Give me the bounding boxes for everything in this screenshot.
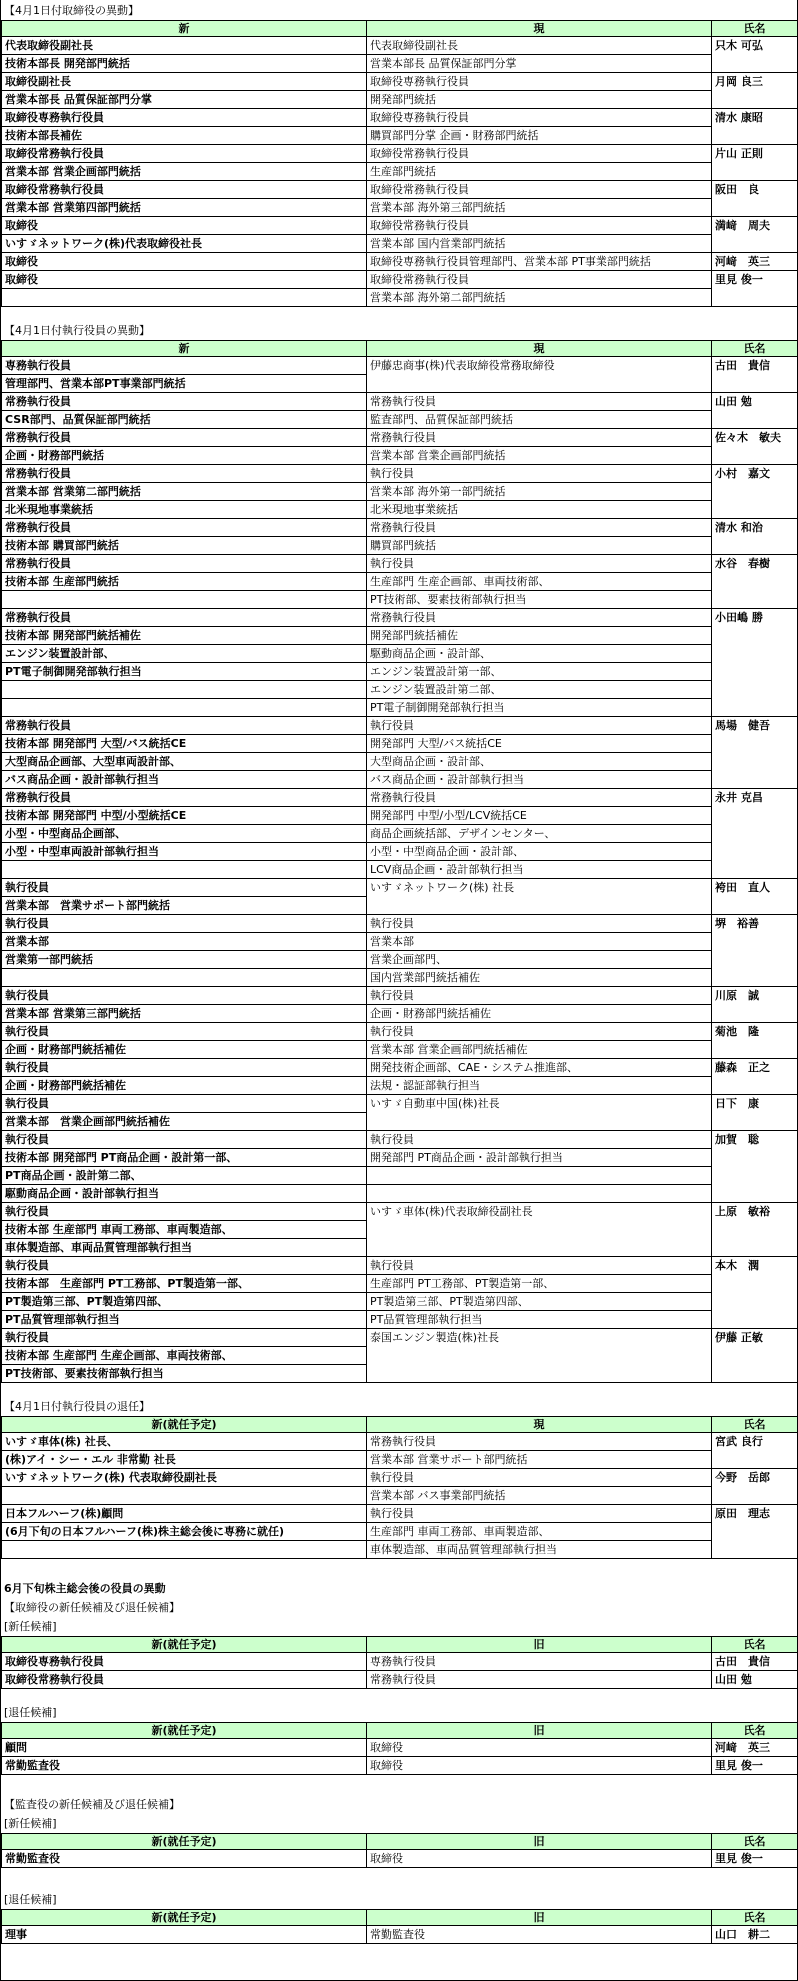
new-position-cell [2,289,367,307]
name-cell: 里見 俊一 [712,1850,798,1868]
new-position-cell: 常勤監査役 [2,1850,367,1868]
current-position-cell: 代表取締役副社長 [367,37,712,55]
new-position-cell: 執行役員 [2,1257,367,1275]
table-row: 国内営業部門統括補佐 [2,969,798,987]
table-row: 小型・中型車両設計部執行担当小型・中型商品企画・設計部、 [2,843,798,861]
table-row: 専務執行役員伊藤忠商事(株)代表取締役常務取締役古田 貴信 [2,357,798,375]
new-position-cell: (6月下旬の日本フルハーフ(株)株主総会後に専務に就任) [2,1523,367,1541]
current-position-cell: 開発部門統括補佐 [367,627,712,645]
table-row: 営業本部 海外第二部門統括 [2,289,798,307]
table-row: 取締役取締役常務執行役員里見 俊一 [2,271,798,289]
current-position-cell: 執行役員 [367,1469,712,1487]
current-position-cell: PT電子制御開発部執行担当 [367,699,712,717]
current-position-cell: 生産部門 車両工務部、車両製造部、 [367,1523,712,1541]
new-position-cell [2,861,367,879]
current-position-cell: 執行役員 [367,1131,712,1149]
table-row: 技術本部 生産部門 PT工務部、PT製造第一部、生産部門 PT工務部、PT製造第… [2,1275,798,1293]
table-row: 営業第一部門統括営業企画部門、 [2,951,798,969]
table-row: 理事常勤監査役山口 耕二 [2,1926,798,1944]
new-position-cell: 常務執行役員 [2,609,367,627]
new-position-cell: 常務執行役員 [2,429,367,447]
current-position-cell: 専務執行役員 [367,1653,712,1671]
current-position-cell: 執行役員 [367,1257,712,1275]
new-position-cell: 営業本部 営業第三部門統括 [2,1005,367,1023]
current-position-cell: 常務執行役員 [367,429,712,447]
new-position-cell: 小型・中型車両設計部執行担当 [2,843,367,861]
new-position-cell: 理事 [2,1926,367,1944]
table-row: いすゞネットワーク(株)代表取締役社長営業本部 国内営業部門統括 [2,235,798,253]
table-row: 技術本部 開発部門統括補佐開発部門統括補佐 [2,627,798,645]
table-row: 技術本部 開発部門 大型/バス統括CE開発部門 大型/バス統括CE [2,735,798,753]
table-row: 執行役員泰国エンジン製造(株)社長伊藤 正敏 [2,1329,798,1347]
table-row: 企画・財務部門統括補佐営業本部 営業企画部門統括補佐 [2,1041,798,1059]
new-position-cell: いすゞネットワーク(株) 代表取締役副社長 [2,1469,367,1487]
current-position-cell: 執行役員 [367,915,712,933]
current-position-cell: 取締役常務執行役員 [367,181,712,199]
column-header: 氏名 [712,1834,798,1850]
new-position-cell: 常勤監査役 [2,1757,367,1775]
table-row: 執行役員執行役員川原 誠 [2,987,798,1005]
new-position-cell [2,591,367,609]
current-position-cell: 開発技術企画部、CAE・システム推進部、 [367,1059,712,1077]
table-row: 常務執行役員常務執行役員永井 克昌 [2,789,798,807]
current-position-cell: 取締役専務執行役員管理部門、営業本部 PT事業部門統括 [367,253,712,271]
new-position-cell: 技術本部長補佐 [2,127,367,145]
current-position-cell: 取締役常務執行役員 [367,217,712,235]
new-position-cell: 執行役員 [2,1329,367,1347]
table-row: 取締役副社長取締役専務執行役員月岡 良三 [2,73,798,91]
name-cell: 原田 理志 [712,1505,798,1559]
personnel-table: 新(就任予定)旧氏名常勤監査役取締役里見 俊一 [1,1833,798,1868]
name-cell: 河﨑 英三 [712,1739,798,1757]
new-position-cell: 取締役常務執行役員 [2,1671,367,1689]
current-position-cell: いすゞネットワーク(株) 社長 [367,879,712,915]
name-cell: 月岡 良三 [712,73,798,109]
table-row: 常務執行役員常務執行役員清水 和治 [2,519,798,537]
table-row: 執行役員執行役員本木 潤 [2,1257,798,1275]
new-position-cell: 専務執行役員 [2,357,367,375]
section: [退任候補]新(就任予定)旧氏名理事常勤監査役山口 耕二 [1,1890,797,1944]
header-row: 新(就任予定)旧氏名 [2,1834,798,1850]
column-header: 旧 [367,1834,712,1850]
new-position-cell: いすゞネットワーク(株)代表取締役社長 [2,235,367,253]
name-cell: 山口 耕二 [712,1926,798,1944]
current-position-cell: 営業本部 海外第三部門統括 [367,199,712,217]
new-position-cell: 営業本部 営業第四部門統括 [2,199,367,217]
table-row: PT電子制御開発部執行担当エンジン装置設計第一部、 [2,663,798,681]
table-row: 取締役取締役常務執行役員満﨑 周夫 [2,217,798,235]
current-position-cell: 常務執行役員 [367,1433,712,1451]
current-position-cell: 常務執行役員 [367,789,712,807]
current-position-cell: 取締役専務執行役員 [367,73,712,91]
name-cell: 清水 康昭 [712,109,798,145]
current-position-cell: 購買部門統括 [367,537,712,555]
name-cell: 今野 岳郎 [712,1469,798,1505]
name-cell: 阪田 良 [712,181,798,217]
table-row: いすゞネットワーク(株) 代表取締役副社長執行役員今野 岳郎 [2,1469,798,1487]
table-row: 駆動商品企画・設計部執行担当 [2,1185,798,1203]
new-position-cell: 取締役副社長 [2,73,367,91]
table-row: 北米現地事業統括北米現地事業統括 [2,501,798,519]
new-position-cell: 営業本部 営業企画部門統括 [2,163,367,181]
name-cell: 里見 俊一 [712,1757,798,1775]
section: 【4月1日付執行役員の異動】新現氏名専務執行役員伊藤忠商事(株)代表取締役常務取… [1,321,797,1383]
personnel-table: 新(就任予定)現氏名いすゞ車体(株) 社長、常務執行役員宮武 良行(株)アイ・シ… [1,1416,798,1559]
new-position-cell [2,1541,367,1559]
table-row: 常務執行役員常務執行役員山田 勉 [2,393,798,411]
table-row: 執行役員執行役員菊池 隆 [2,1023,798,1041]
new-position-cell: 取締役専務執行役員 [2,1653,367,1671]
personnel-table: 新現氏名代表取締役副社長代表取締役副社長只木 可弘技術本部長 開発部門統括営業本… [1,20,798,307]
current-position-cell: 執行役員 [367,987,712,1005]
new-position-cell [2,969,367,987]
new-position-cell: 常務執行役員 [2,555,367,573]
current-position-cell: PT品質管理部執行担当 [367,1311,712,1329]
new-position-cell: 取締役常務執行役員 [2,145,367,163]
new-position-cell: 営業本部 営業企画部門統括補佐 [2,1113,367,1131]
table-row: 執行役員いすゞネットワーク(株) 社長袴田 直人 [2,879,798,897]
table-row: 大型商品企画部、大型車両設計部、大型商品企画・設計部、 [2,753,798,771]
column-header: 新(就任予定) [2,1910,367,1926]
new-position-cell [2,699,367,717]
current-position-cell: エンジン装置設計第一部、 [367,663,712,681]
new-position-cell: 営業本部 営業第二部門統括 [2,483,367,501]
current-position-cell: 営業本部 海外第二部門統括 [367,289,712,307]
current-position-cell: 生産部門 生産企画部、車両技術部、 [367,573,712,591]
current-position-cell: 取締役 [367,1757,712,1775]
table-row: 営業本部 営業第四部門統括営業本部 海外第三部門統括 [2,199,798,217]
table-row: 代表取締役副社長代表取締役副社長只木 可弘 [2,37,798,55]
name-cell: 本木 潤 [712,1257,798,1329]
new-position-cell: 日本フルハーフ(株)顧問 [2,1505,367,1523]
table-row: エンジン装置設計第二部、 [2,681,798,699]
table-row: 技術本部 生産部門統括生産部門 生産企画部、車両技術部、 [2,573,798,591]
section: 【4月1日付執行役員の退任】新(就任予定)現氏名いすゞ車体(株) 社長、常務執行… [1,1397,797,1559]
current-position-cell: 法規・認証部執行担当 [367,1077,712,1095]
current-position-cell: 伊藤忠商事(株)代表取締役常務取締役 [367,357,712,393]
current-position-cell: 常務執行役員 [367,1671,712,1689]
table-row: 常務執行役員執行役員水谷 春樹 [2,555,798,573]
new-position-cell: 大型商品企画部、大型車両設計部、 [2,753,367,771]
table-row: PT電子制御開発部執行担当 [2,699,798,717]
current-position-cell: PT製造第三部、PT製造第四部、 [367,1293,712,1311]
current-position-cell: 国内営業部門統括補佐 [367,969,712,987]
header-row: 新(就任予定)現氏名 [2,1417,798,1433]
new-position-cell: 取締役 [2,253,367,271]
current-position-cell: 車体製造部、車両品質管理部執行担当 [367,1541,712,1559]
table-row: いすゞ車体(株) 社長、常務執行役員宮武 良行 [2,1433,798,1451]
current-position-cell [367,1167,712,1185]
column-header: 旧 [367,1637,712,1653]
column-header: 氏名 [712,1910,798,1926]
table-row: LCV商品企画・設計部執行担当 [2,861,798,879]
personnel-table: 新(就任予定)旧氏名理事常勤監査役山口 耕二 [1,1909,798,1944]
table-row: 技術本部 開発部門 中型/小型統括CE開発部門 中型/小型/LCV統括CE [2,807,798,825]
name-cell: 河﨑 英三 [712,253,798,271]
name-cell: 古田 貴信 [712,1653,798,1671]
name-cell: 古田 貴信 [712,357,798,393]
section-title: 6月下旬株主総会後の役員の異動 [1,1579,797,1598]
current-position-cell: エンジン装置設計第二部、 [367,681,712,699]
new-position-cell: 顧問 [2,1739,367,1757]
new-position-cell: 技術本部 開発部門統括補佐 [2,627,367,645]
section-title: 【4月1日付取締役の異動】 [1,1,797,20]
section: [退任候補]新(就任予定)旧氏名顧問取締役河﨑 英三常勤監査役取締役里見 俊一 [1,1703,797,1775]
new-position-cell: 企画・財務部門統括 [2,447,367,465]
table-row: PT商品企画・設計第二部、 [2,1167,798,1185]
name-cell: 堺 裕善 [712,915,798,987]
header-row: 新(就任予定)旧氏名 [2,1637,798,1653]
header-row: 新(就任予定)旧氏名 [2,1723,798,1739]
new-position-cell: 執行役員 [2,915,367,933]
new-position-cell: 車体製造部、車両品質管理部執行担当 [2,1239,367,1257]
name-cell: 宮武 良行 [712,1433,798,1469]
current-position-cell: 小型・中型商品企画・設計部、 [367,843,712,861]
new-position-cell: CSR部門、品質保証部門統括 [2,411,367,429]
column-header: 新 [2,341,367,357]
table-row: エンジン装置設計部、駆動商品企画・設計部、 [2,645,798,663]
current-position-cell: 開発部門 PT商品企画・設計部執行担当 [367,1149,712,1167]
name-cell: 加賀 聡 [712,1131,798,1203]
new-position-cell: 執行役員 [2,1095,367,1113]
new-position-cell: 営業本部長 品質保証部門分掌 [2,91,367,109]
current-position-cell: 駆動商品企画・設計部、 [367,645,712,663]
name-cell: 永井 克昌 [712,789,798,879]
table-row: 取締役常務執行役員取締役常務執行役員阪田 良 [2,181,798,199]
new-position-cell: 執行役員 [2,1023,367,1041]
table-row: 技術本部 開発部門 PT商品企画・設計第一部、開発部門 PT商品企画・設計部執行… [2,1149,798,1167]
table-row: 取締役取締役専務執行役員管理部門、営業本部 PT事業部門統括河﨑 英三 [2,253,798,271]
column-header: 氏名 [712,21,798,37]
document: 【4月1日付取締役の異動】新現氏名代表取締役副社長代表取締役副社長只木 可弘技術… [0,0,798,1981]
name-cell: 只木 可弘 [712,37,798,73]
current-position-cell: 営業本部 国内営業部門統括 [367,235,712,253]
table-row: 常務執行役員執行役員小村 嘉文 [2,465,798,483]
section-title: 【4月1日付執行役員の退任】 [1,1397,797,1416]
table-row: 顧問取締役河﨑 英三 [2,1739,798,1757]
name-cell: 馬場 健吾 [712,717,798,789]
current-position-cell: 大型商品企画・設計部、 [367,753,712,771]
current-position-cell: 取締役 [367,1850,712,1868]
section: 【監査役の新任候補及び退任候補】[新任候補]新(就任予定)旧氏名常勤監査役取締役… [1,1795,797,1868]
new-position-cell: 執行役員 [2,987,367,1005]
new-position-cell: 営業本部 営業サポート部門統括 [2,897,367,915]
table-row: 技術本部 購買部門統括購買部門統括 [2,537,798,555]
new-position-cell: 取締役専務執行役員 [2,109,367,127]
current-position-cell: 開発部門 大型/バス統括CE [367,735,712,753]
new-position-cell: 技術本部 開発部門 大型/バス統括CE [2,735,367,753]
current-position-cell: 商品企画統括部、デザインセンター、 [367,825,712,843]
name-cell: 片山 正則 [712,145,798,181]
table-row: PT技術部、要素技術部執行担当 [2,591,798,609]
new-position-cell: 企画・財務部門統括補佐 [2,1077,367,1095]
current-position-cell: 常務執行役員 [367,519,712,537]
new-position-cell: 取締役 [2,217,367,235]
new-position-cell: (株)アイ・シー・エル 非常勤 社長 [2,1451,367,1469]
new-position-cell [2,681,367,699]
header-row: 新(就任予定)旧氏名 [2,1910,798,1926]
table-row: 営業本部 営業第三部門統括企画・財務部門統括補佐 [2,1005,798,1023]
current-position-cell: 営業本部 営業企画部門統括 [367,447,712,465]
name-cell: 伊藤 正敏 [712,1329,798,1383]
current-position-cell: 開発部門 中型/小型/LCV統括CE [367,807,712,825]
personnel-table: 新現氏名専務執行役員伊藤忠商事(株)代表取締役常務取締役古田 貴信管理部門、営業… [1,340,798,1383]
new-position-cell: 取締役常務執行役員 [2,181,367,199]
table-row: 小型・中型商品企画部、商品企画統括部、デザインセンター、 [2,825,798,843]
column-header: 旧 [367,1910,712,1926]
current-position-cell: 営業本部 [367,933,712,951]
section-title: [新任候補] [1,1617,797,1636]
name-cell: 藤森 正之 [712,1059,798,1095]
name-cell: 満﨑 周夫 [712,217,798,253]
new-position-cell: 技術本部 生産部門 車両工務部、車両製造部、 [2,1221,367,1239]
new-position-cell: 常務執行役員 [2,717,367,735]
column-header: 氏名 [712,1723,798,1739]
column-header: 現 [367,21,712,37]
new-position-cell: 企画・財務部門統括補佐 [2,1041,367,1059]
name-cell: 佐々木 敏夫 [712,429,798,465]
table-row: 営業本部 バス事業部門統括 [2,1487,798,1505]
new-position-cell: 技術本部 生産部門 生産企画部、車両技術部、 [2,1347,367,1365]
table-row: PT製造第三部、PT製造第四部、PT製造第三部、PT製造第四部、 [2,1293,798,1311]
new-position-cell: 常務執行役員 [2,393,367,411]
table-row: 取締役専務執行役員専務執行役員古田 貴信 [2,1653,798,1671]
name-cell: 川原 誠 [712,987,798,1023]
section: 【4月1日付取締役の異動】新現氏名代表取締役副社長代表取締役副社長只木 可弘技術… [1,1,797,307]
name-cell: 山田 勉 [712,393,798,429]
new-position-cell: 技術本部 開発部門 PT商品企画・設計第一部、 [2,1149,367,1167]
current-position-cell: 取締役 [367,1739,712,1757]
table-row: PT品質管理部執行担当PT品質管理部執行担当 [2,1311,798,1329]
current-position-cell: 常務執行役員 [367,393,712,411]
personnel-table: 新(就任予定)旧氏名取締役専務執行役員専務執行役員古田 貴信取締役常務執行役員常… [1,1636,798,1689]
table-row: 営業本部 営業企画部門統括生産部門統括 [2,163,798,181]
name-cell: 袴田 直人 [712,879,798,915]
table-row: 車体製造部、車両品質管理部執行担当 [2,1541,798,1559]
new-position-cell: 技術本部 開発部門 中型/小型統括CE [2,807,367,825]
table-row: 執行役員執行役員加賀 聡 [2,1131,798,1149]
new-position-cell: 技術本部長 開発部門統括 [2,55,367,73]
current-position-cell: 企画・財務部門統括補佐 [367,1005,712,1023]
table-row: (株)アイ・シー・エル 非常勤 社長営業本部 営業サポート部門統括 [2,1451,798,1469]
column-header: 新(就任予定) [2,1834,367,1850]
name-cell: 清水 和治 [712,519,798,555]
table-row: 常勤監査役取締役里見 俊一 [2,1757,798,1775]
column-header: 氏名 [712,1637,798,1653]
name-cell: 山田 勉 [712,1671,798,1689]
table-row: 営業本部長 品質保証部門分掌開発部門統括 [2,91,798,109]
current-position-cell: 営業企画部門、 [367,951,712,969]
current-position-cell: 購買部門分掌 企画・財務部門統括 [367,127,712,145]
new-position-cell: いすゞ車体(株) 社長、 [2,1433,367,1451]
current-position-cell: 取締役専務執行役員 [367,109,712,127]
name-cell: 里見 俊一 [712,271,798,307]
new-position-cell: 小型・中型商品企画部、 [2,825,367,843]
name-cell: 日下 康 [712,1095,798,1131]
current-position-cell: 営業本部 バス事業部門統括 [367,1487,712,1505]
table-row: 企画・財務部門統括補佐法規・認証部執行担当 [2,1077,798,1095]
table-row: 取締役常務執行役員常務執行役員山田 勉 [2,1671,798,1689]
column-header: 旧 [367,1723,712,1739]
table-row: 技術本部長補佐購買部門分掌 企画・財務部門統括 [2,127,798,145]
current-position-cell: 生産部門統括 [367,163,712,181]
current-position-cell: 執行役員 [367,1505,712,1523]
header-row: 新現氏名 [2,21,798,37]
current-position-cell: 常勤監査役 [367,1926,712,1944]
new-position-cell: 管理部門、営業本部PT事業部門統括 [2,375,367,393]
section-title: 【4月1日付執行役員の異動】 [1,321,797,340]
name-cell: 水谷 春樹 [712,555,798,609]
current-position-cell: 執行役員 [367,717,712,735]
new-position-cell: 技術本部 生産部門統括 [2,573,367,591]
new-position-cell: 常務執行役員 [2,789,367,807]
column-header: 新 [2,21,367,37]
new-position-cell: 常務執行役員 [2,465,367,483]
new-position-cell: 北米現地事業統括 [2,501,367,519]
new-position-cell: PT電子制御開発部執行担当 [2,663,367,681]
new-position-cell: 営業第一部門統括 [2,951,367,969]
table-row: 執行役員執行役員堺 裕善 [2,915,798,933]
current-position-cell: 営業本部 営業企画部門統括補佐 [367,1041,712,1059]
column-header: 新(就任予定) [2,1417,367,1433]
header-row: 新現氏名 [2,341,798,357]
new-position-cell: エンジン装置設計部、 [2,645,367,663]
section-title: [退任候補] [1,1890,797,1909]
current-position-cell: 営業本部 営業サポート部門統括 [367,1451,712,1469]
table-row: 執行役員いすゞ自動車中国(株)社長日下 康 [2,1095,798,1113]
table-row: 取締役専務執行役員取締役専務執行役員清水 康昭 [2,109,798,127]
current-position-cell: 泰国エンジン製造(株)社長 [367,1329,712,1383]
table-row: 企画・財務部門統括営業本部 営業企画部門統括 [2,447,798,465]
new-position-cell: PT商品企画・設計第二部、 [2,1167,367,1185]
table-row: CSR部門、品質保証部門統括監査部門、品質保証部門統括 [2,411,798,429]
table-row: 日本フルハーフ(株)顧問執行役員原田 理志 [2,1505,798,1523]
table-row: 常務執行役員執行役員馬場 健吾 [2,717,798,735]
name-cell: 小田嶋 勝 [712,609,798,717]
new-position-cell: PT製造第三部、PT製造第四部、 [2,1293,367,1311]
section-title: 【監査役の新任候補及び退任候補】 [1,1795,797,1814]
new-position-cell: 常務執行役員 [2,519,367,537]
table-row: 常勤監査役取締役里見 俊一 [2,1850,798,1868]
new-position-cell [2,1487,367,1505]
table-row: 執行役員開発技術企画部、CAE・システム推進部、藤森 正之 [2,1059,798,1077]
current-position-cell: PT技術部、要素技術部執行担当 [367,591,712,609]
new-position-cell: 駆動商品企画・設計部執行担当 [2,1185,367,1203]
current-position-cell: 開発部門統括 [367,91,712,109]
current-position-cell: いすゞ車体(株)代表取締役副社長 [367,1203,712,1257]
current-position-cell: 執行役員 [367,555,712,573]
table-row: 技術本部長 開発部門統括営業本部長 品質保証部門分掌 [2,55,798,73]
column-header: 氏名 [712,341,798,357]
new-position-cell: PT技術部、要素技術部執行担当 [2,1365,367,1383]
new-position-cell: 営業本部 [2,933,367,951]
current-position-cell: 生産部門 PT工務部、PT製造第一部、 [367,1275,712,1293]
table-row: 常務執行役員常務執行役員佐々木 敏夫 [2,429,798,447]
current-position-cell: バス商品企画・設計部執行担当 [367,771,712,789]
current-position-cell: 北米現地事業統括 [367,501,712,519]
section-title: [退任候補] [1,1703,797,1722]
column-header: 現 [367,1417,712,1433]
table-row: 営業本部 営業第二部門統括営業本部 海外第一部門統括 [2,483,798,501]
name-cell: 上原 敏裕 [712,1203,798,1257]
table-row: 常務執行役員常務執行役員小田嶋 勝 [2,609,798,627]
new-position-cell: 執行役員 [2,1131,367,1149]
section-title: [新任候補] [1,1814,797,1833]
section-title: 【取締役の新任候補及び退任候補】 [1,1598,797,1617]
column-header: 氏名 [712,1417,798,1433]
name-cell: 菊池 隆 [712,1023,798,1059]
new-position-cell: 取締役 [2,271,367,289]
